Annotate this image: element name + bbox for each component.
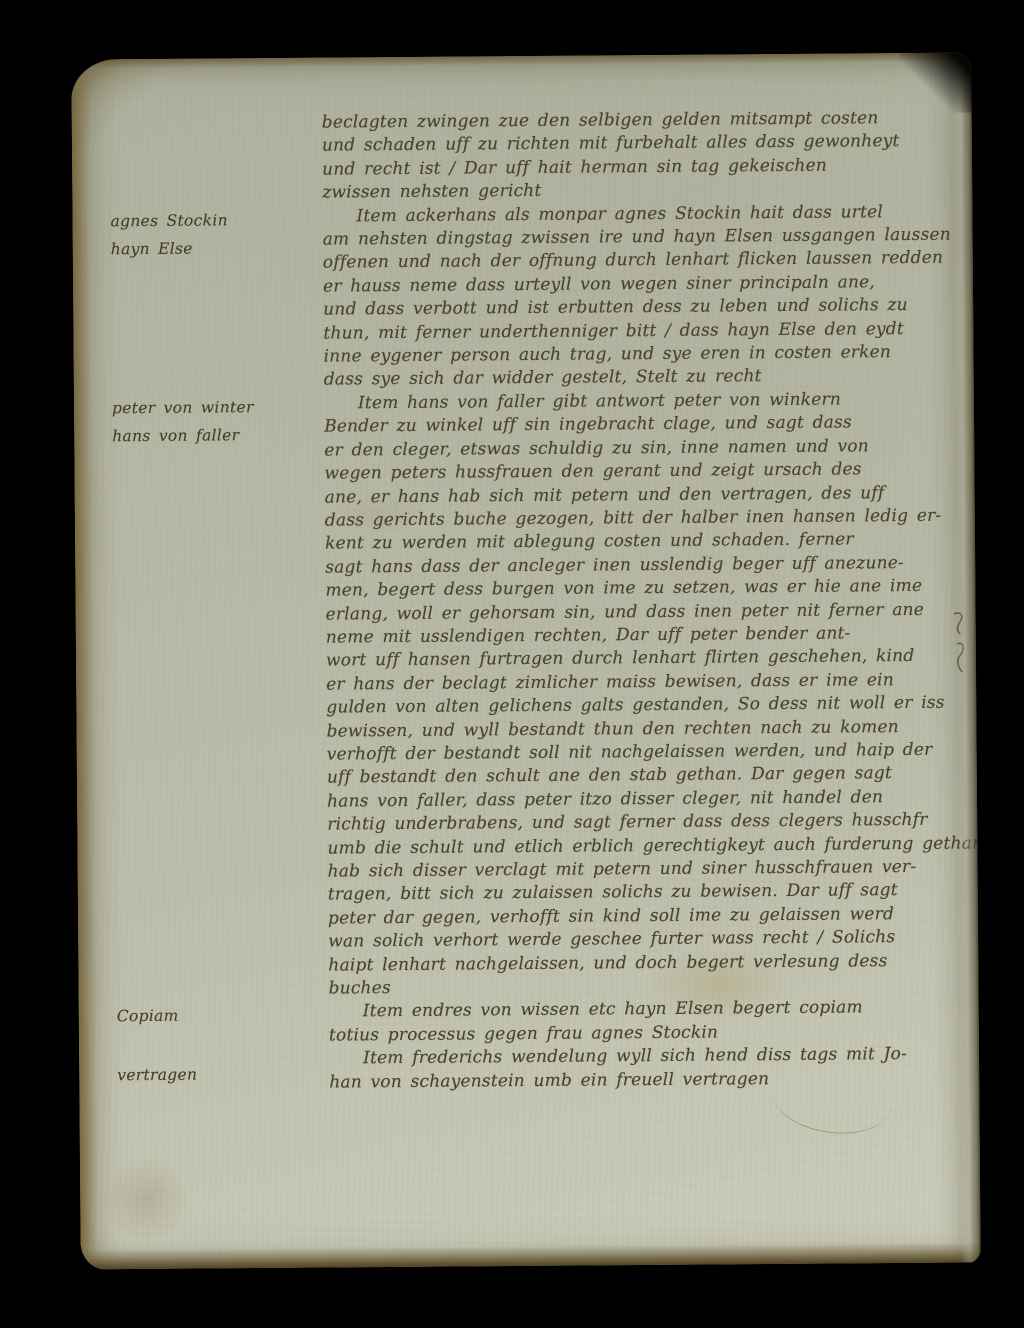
margin-note: vertragen <box>117 1060 312 1090</box>
text-line: han von schayenstein umb ein freuell ver… <box>329 1066 969 1094</box>
margin-note-line: peter von winter <box>112 393 307 423</box>
text-line: Item frederichs wendelung wyll sich hend… <box>329 1043 969 1071</box>
margin-note: agnes Stockinhayn Else <box>110 205 305 263</box>
paragraph: CopiamItem endres von wissen etc hayn El… <box>329 996 969 1048</box>
margin-note: Copiam <box>117 1001 312 1031</box>
paper-stain <box>86 1139 207 1260</box>
margin-note: peter von winterhans von faller <box>112 393 307 451</box>
paragraph: agnes Stockinhayn ElseItem ackerhans als… <box>322 200 963 392</box>
manuscript-page: beclagten zwingen zue den selbigen gelde… <box>71 52 980 1269</box>
text-line: erlang, woll er gehorsam sin, und dass i… <box>326 598 966 626</box>
paragraph: peter von winterhans von fallerItem hans… <box>324 387 969 1001</box>
page-edge-top <box>71 52 971 68</box>
margin-note-line: agnes Stockin <box>110 205 305 235</box>
margin-note-line: hayn Else <box>111 233 306 263</box>
body-text: beclagten zwingen zue den selbigen gelde… <box>322 107 970 1095</box>
text-line: und schaden uff zu richten mit furbehalt… <box>322 130 962 158</box>
paragraph: vertragenItem frederichs wendelung wyll … <box>329 1043 969 1095</box>
crease-mark <box>767 1085 891 1141</box>
margin-note-line: hans von faller <box>112 421 307 451</box>
page-corner-shadow <box>899 52 973 113</box>
margin-note-line: vertragen <box>117 1060 312 1090</box>
page-edge-left <box>71 59 99 1269</box>
photo-canvas: beclagten zwingen zue den selbigen gelde… <box>0 0 1024 1328</box>
paragraph: beclagten zwingen zue den selbigen gelde… <box>322 107 963 206</box>
page-edge-bottom <box>81 1242 981 1269</box>
margin-note-line: Copiam <box>117 1001 312 1031</box>
